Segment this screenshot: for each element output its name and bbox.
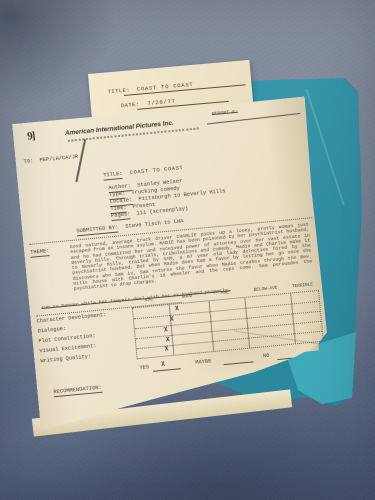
pen-slash-mark bbox=[75, 139, 86, 183]
x-mark-plot-construction: X bbox=[164, 326, 166, 333]
x-mark-character-development: X bbox=[175, 305, 179, 312]
report-number-label: REPORT #: bbox=[212, 110, 238, 117]
x-mark-visual-excitement: X bbox=[166, 336, 170, 343]
photo-scene: TITLE: COAST TO COAST DATE: 7/28/77 9] A… bbox=[0, 0, 375, 500]
to-line: TO: PEP/LH/CA/JR bbox=[23, 154, 78, 165]
credit-pages-label: Pages: bbox=[111, 211, 131, 220]
verdict-yes-underline bbox=[153, 368, 181, 372]
aip-logo-icon: 9] bbox=[26, 130, 35, 143]
row-label-visual-excitement: Visual Excitement: bbox=[39, 343, 97, 354]
verdict-yes-label: YES bbox=[139, 364, 149, 371]
recommendation-label: RECOMMENDATION: bbox=[53, 385, 102, 396]
row-label-plot-construction: Plot Construction: bbox=[38, 333, 96, 344]
credit-title: TITLE: COAST TO COAST bbox=[103, 165, 184, 179]
grid-line bbox=[209, 301, 215, 351]
to-value: PEP/LH/CA/JR bbox=[39, 154, 78, 164]
submitted-by-value: Steve Tisch to LHA bbox=[125, 218, 184, 229]
theme-label-text: THEME: bbox=[30, 248, 50, 257]
submitted-by-line: SUBMITTED BY: Steve Tisch to LHA bbox=[76, 218, 184, 234]
verdict-maybe-label: MAYBE bbox=[195, 358, 212, 365]
grid-line bbox=[290, 293, 296, 343]
row-label-writing-quality: Writing Quality: bbox=[40, 354, 91, 365]
to-label: TO: bbox=[23, 158, 33, 165]
verdict-no-label: NO bbox=[263, 353, 270, 360]
grid-line bbox=[169, 305, 175, 355]
credit-title-label: TITLE: bbox=[103, 171, 123, 180]
verdict-yes-mark: X bbox=[161, 361, 165, 368]
x-mark-writing-quality: X bbox=[165, 345, 169, 352]
verdict-maybe-underline bbox=[224, 361, 254, 365]
recommendation-label-text: RECOMMENDATION: bbox=[53, 385, 102, 397]
row-label-dialogue: Dialogue: bbox=[37, 326, 66, 335]
credit-title-value: COAST TO COAST bbox=[130, 165, 184, 176]
grid-line bbox=[244, 298, 250, 348]
theme-label: THEME: bbox=[30, 248, 50, 256]
submitted-by-label: SUBMITTED BY: bbox=[76, 224, 119, 235]
x-mark-dialogue: X bbox=[170, 316, 174, 323]
